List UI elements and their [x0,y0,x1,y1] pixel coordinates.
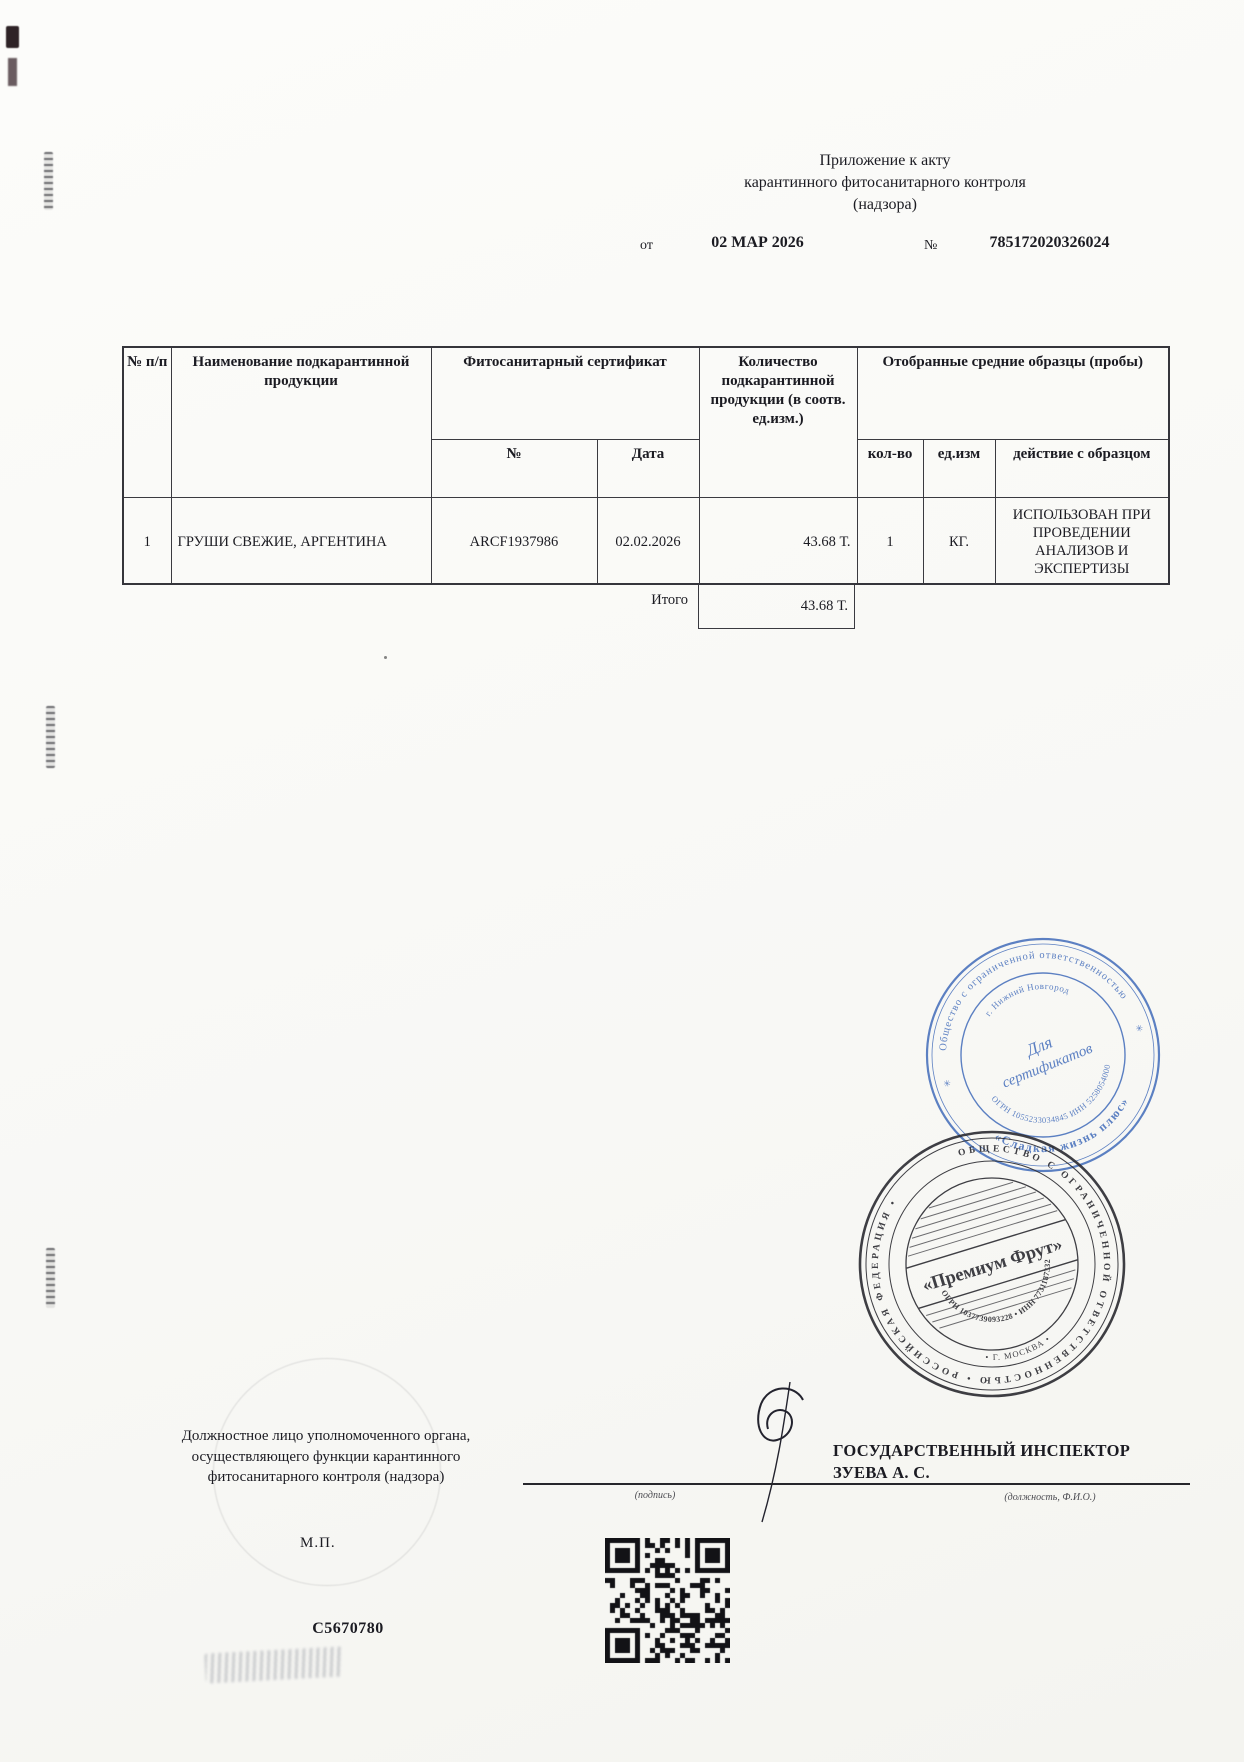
official-line-1: Должностное лицо уполномоченного органа, [130,1426,522,1447]
cell-cert-date: 02.02.2026 [597,497,699,584]
appendix-title: Приложение к акту карантинного фитосанит… [585,150,1185,216]
blue-stamp-star-right: ✳ [1134,1022,1144,1034]
signature-caption: (подпись) [580,1490,730,1501]
total-label: Итого [540,592,688,609]
cell-cert-no: ARCF1937986 [431,497,597,584]
header-cell-qty: Количество подкарантинной продукции (в с… [699,347,857,497]
binding-smudge [46,706,55,768]
official-title: Должностное лицо уполномоченного органа,… [130,1426,522,1488]
total-value-box: 43.68 Т. [698,585,855,629]
header-cell-samples: Отобранные средние образцы (пробы) [857,347,1169,439]
act-number: 785172020326024 [972,234,1127,252]
appendix-line-3: (надзора) [585,194,1185,216]
subheader-cert-date: Дата [597,439,699,497]
header-cell-num: № п/п [123,347,171,497]
svg-text:г. Нижний Новгород: г. Нижний Новгород [978,971,1073,1019]
ink-dot [384,656,387,659]
appendix-line-2: карантинного фитосанитарного контроля [585,172,1185,194]
official-line-2: осуществляющего функции карантинного [130,1447,522,1468]
scan-artifact [6,26,19,48]
blue-stamp-star-left: ✳ [942,1078,952,1090]
header-cell-cert: Фитосанитарный сертификат [431,347,699,439]
table-row: 1 ГРУШИ СВЕЖИЕ, АРГЕНТИНА ARCF1937986 02… [123,497,1169,584]
act-date-stamp: 02 МАР 2026 [690,234,825,252]
official-line-3: фитосанитарного контроля (надзора) [130,1467,522,1488]
inspector-signature [733,1382,825,1524]
cell-qty: 43.68 Т. [699,497,857,584]
cell-action: ИСПОЛЬЗОВАН ПРИ ПРОВЕДЕНИИ АНАЛИЗОВ И ЭК… [995,497,1169,584]
subheader-unit: ед.изм [923,439,995,497]
cell-product-name: ГРУШИ СВЕЖИЕ, АРГЕНТИНА [171,497,431,584]
inspector-block: ГОСУДАРСТВЕННЫЙ ИНСПЕКТОР ЗУЕВА А. С. [833,1440,1193,1484]
total-value: 43.68 Т. [801,598,848,615]
header-cell-name: Наименование подкарантинной продукции [171,347,431,497]
blue-stamp-city-text: г. Нижний Новгород [978,971,1073,1019]
date-from-label: от [640,238,653,254]
pencil-scribble [204,1646,343,1683]
inspector-name: ЗУЕВА А. С. [833,1462,1193,1484]
document-code: С5670780 [278,1620,418,1638]
position-caption: (должность, Ф.И.О.) [950,1492,1150,1503]
scan-artifact [8,58,17,86]
signature-rule [523,1483,1190,1485]
number-sign: № [924,238,937,254]
document-page: Приложение к акту карантинного фитосанит… [0,0,1244,1762]
binding-smudge [44,152,53,210]
qr-code [605,1538,730,1663]
products-table: № п/п Наименование подкарантинной продук… [122,346,1170,585]
inspector-title: ГОСУДАРСТВЕННЫЙ ИНСПЕКТОР [833,1440,1193,1462]
cell-unit: КГ. [923,497,995,584]
cell-row-num: 1 [123,497,171,584]
appendix-line-1: Приложение к акту [585,150,1185,172]
stamp-place-label: М.П. [300,1535,336,1552]
subheader-cert-no: № [431,439,597,497]
subheader-action: действие с образцом [995,439,1169,497]
subheader-count: кол-во [857,439,923,497]
cell-count: 1 [857,497,923,584]
binding-smudge [46,1248,55,1308]
